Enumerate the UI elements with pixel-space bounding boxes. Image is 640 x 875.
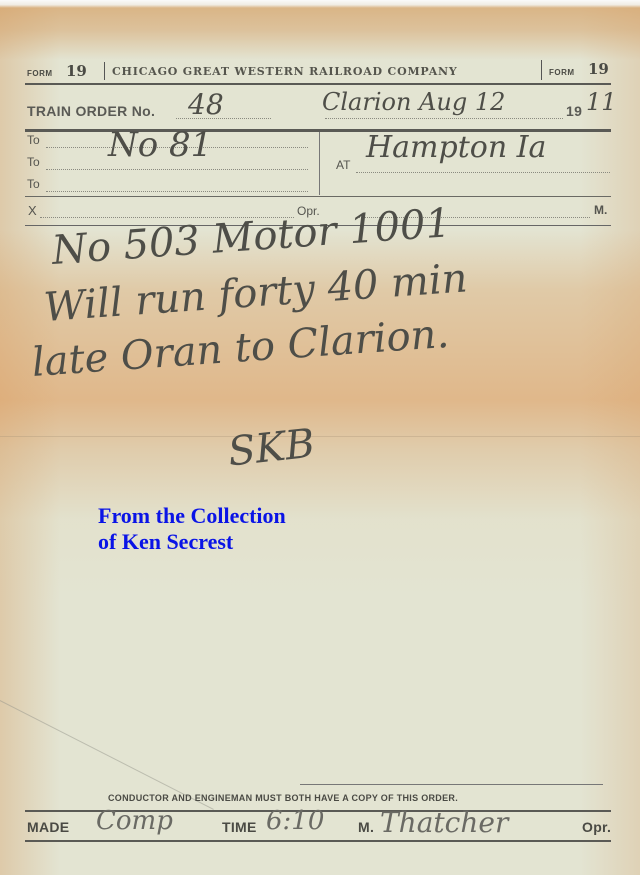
footer-rule-bottom [25, 840, 611, 842]
header-rule [25, 83, 611, 85]
to-dotline-3 [46, 191, 308, 192]
form-number-right: 19 [588, 60, 609, 78]
header-divider-right [541, 60, 542, 80]
at-value: Hampton Ia [366, 130, 546, 165]
paper-fold-line [0, 436, 640, 437]
made-label: MADE [27, 819, 69, 835]
company-name: CHICAGO GREAT WESTERN RAILROAD COMPANY [112, 65, 458, 78]
to-label-2: To [27, 155, 40, 169]
at-label: AT [336, 158, 350, 172]
collection-watermark: From the Collection of Ken Secrest [98, 503, 286, 555]
train-order-number: 48 [188, 88, 224, 121]
to-dotline-2 [46, 169, 308, 170]
to-label-3: To [27, 177, 40, 191]
watermark-line-1: From the Collection [98, 503, 286, 529]
place-date: Clarion Aug 12 [322, 88, 505, 116]
train-order-label: TRAIN ORDER No. [27, 103, 155, 119]
torn-top-edge [0, 0, 640, 8]
to-value: No 81 [108, 125, 212, 165]
footer-signature-line [300, 784, 603, 785]
form-label-left: FORM [27, 69, 53, 78]
made-value: Comp [96, 806, 173, 836]
time-label: TIME [222, 819, 257, 835]
to-label-1: To [27, 133, 40, 147]
m-label-footer: M. [358, 819, 374, 835]
order-initials: SKB [226, 421, 317, 476]
addressee-rule [25, 196, 611, 197]
m-label: M. [594, 203, 607, 217]
date-dotline [325, 118, 563, 119]
operator-value: Thatcher [380, 806, 508, 839]
time-value: 6:10 [266, 806, 324, 836]
header-divider-left [104, 62, 105, 80]
opr-label-footer: Opr. [582, 819, 611, 835]
form-number-left: 19 [66, 62, 87, 80]
at-dotline [356, 172, 610, 173]
watermark-line-2: of Ken Secrest [98, 529, 286, 555]
form-label-right: FORM [549, 68, 575, 77]
x-label: X [28, 203, 37, 218]
addressee-divider [319, 132, 320, 195]
year-prefix: 19 [566, 103, 582, 119]
year-suffix: 11 [586, 88, 617, 116]
copy-notice: CONDUCTOR AND ENGINEMAN MUST BOTH HAVE A… [108, 793, 458, 803]
